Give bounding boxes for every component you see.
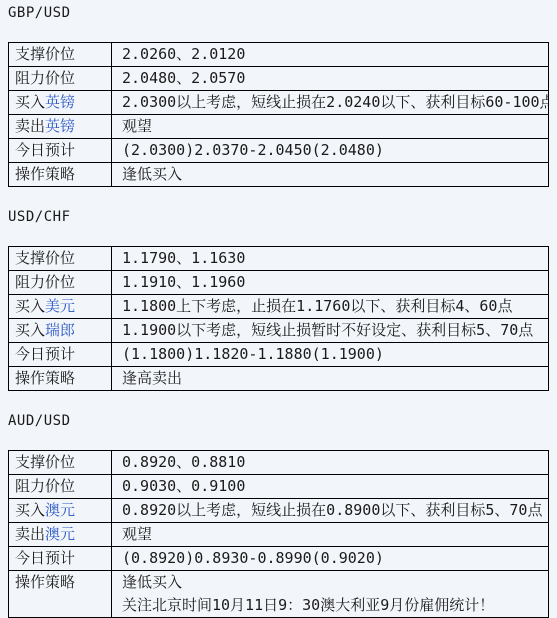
row-value: 0.9030、0.9100	[112, 475, 549, 499]
table-row: 买入澳元0.8920以上考虑，短线止损在0.8900以下、获利目标5、70点	[9, 499, 549, 523]
value-line: 2.0480、2.0570	[122, 67, 548, 90]
value-line: 逢低买入	[122, 571, 548, 594]
row-value: 1.1800上下考虑，止损在1.1760以下、获利目标4、60点	[112, 295, 549, 319]
row-value: 观望	[112, 115, 549, 139]
row-label: 买入英镑	[9, 91, 112, 115]
table-row: 操作策略逢低买入关注北京时间10月11日9：30澳大利亚9月份雇佣统计！	[9, 571, 549, 618]
label-text: 今日预计	[15, 549, 75, 567]
currency-link[interactable]: 英镑	[45, 93, 75, 111]
value-line: 1.1790、1.1630	[122, 247, 548, 270]
label-text: 阻力价位	[15, 273, 75, 291]
action-text: 卖出	[15, 525, 45, 543]
currency-link[interactable]: 澳元	[45, 525, 75, 543]
table-row: 今日预计(2.0300)2.0370-2.0450(2.0480)	[9, 139, 549, 163]
row-label: 买入瑞郎	[9, 319, 112, 343]
pair-title: GBP/USD	[8, 6, 549, 21]
label-text: 操作策略	[15, 165, 75, 183]
pair-title: AUD/USD	[8, 414, 549, 429]
value-line: 2.0260、2.0120	[122, 43, 548, 66]
row-label: 卖出英镑	[9, 115, 112, 139]
row-value: 0.8920以上考虑，短线止损在0.8900以下、获利目标5、70点	[112, 499, 549, 523]
label-text: 操作策略	[15, 573, 75, 591]
table-row: 今日预计(0.8920)0.8930-0.8990(0.9020)	[9, 547, 549, 571]
label-text: 支撑价位	[15, 45, 75, 63]
table-row: 阻力价位2.0480、2.0570	[9, 67, 549, 91]
value-line: 观望	[122, 115, 548, 138]
label-text: 操作策略	[15, 369, 75, 387]
row-value: (2.0300)2.0370-2.0450(2.0480)	[112, 139, 549, 163]
row-value: 逢高卖出	[112, 367, 549, 391]
value-line: 观望	[122, 523, 548, 546]
row-value: 观望	[112, 523, 549, 547]
row-label: 支撑价位	[9, 43, 112, 67]
value-line: 关注北京时间10月11日9：30澳大利亚9月份雇佣统计！	[122, 594, 548, 617]
row-value: (1.1800)1.1820-1.1880(1.1900)	[112, 343, 549, 367]
row-label: 买入澳元	[9, 499, 112, 523]
table-row: 操作策略逢高卖出	[9, 367, 549, 391]
row-label: 买入美元	[9, 295, 112, 319]
row-label: 操作策略	[9, 163, 112, 187]
row-label: 今日预计	[9, 547, 112, 571]
action-text: 卖出	[15, 117, 45, 135]
table-row: 支撑价位1.1790、1.1630	[9, 247, 549, 271]
row-label: 操作策略	[9, 571, 112, 618]
row-value: 1.1790、1.1630	[112, 247, 549, 271]
table-row: 支撑价位0.8920、0.8810	[9, 451, 549, 475]
value-line: 1.1900以下考虑，短线止损暂时不好设定、获利目标5、70点	[122, 319, 548, 342]
forex-strategy-page: { "theme": { "page_bg": "#f2f6fa", "text…	[0, 0, 557, 607]
table-row: 买入瑞郎1.1900以下考虑，短线止损暂时不好设定、获利目标5、70点	[9, 319, 549, 343]
table-row: 买入美元1.1800上下考虑，止损在1.1760以下、获利目标4、60点	[9, 295, 549, 319]
row-label: 阻力价位	[9, 475, 112, 499]
value-line: 逢高卖出	[122, 367, 548, 390]
row-label: 今日预计	[9, 343, 112, 367]
value-line: 1.1910、1.1960	[122, 271, 548, 294]
row-value: 2.0260、2.0120	[112, 43, 549, 67]
row-label: 阻力价位	[9, 67, 112, 91]
label-text: 今日预计	[15, 345, 75, 363]
table-row: 卖出澳元观望	[9, 523, 549, 547]
row-label: 支撑价位	[9, 247, 112, 271]
value-line: (0.8920)0.8930-0.8990(0.9020)	[122, 547, 548, 570]
value-line: 1.1800上下考虑，止损在1.1760以下、获利目标4、60点	[122, 295, 548, 318]
row-value: 0.8920、0.8810	[112, 451, 549, 475]
value-line: (2.0300)2.0370-2.0450(2.0480)	[122, 139, 548, 162]
table-row: 操作策略逢低买入	[9, 163, 549, 187]
row-label: 卖出澳元	[9, 523, 112, 547]
action-text: 买入	[15, 321, 45, 339]
currency-link[interactable]: 瑞郎	[45, 321, 75, 339]
row-label: 今日预计	[9, 139, 112, 163]
strategy-table: 支撑价位1.1790、1.1630阻力价位1.1910、1.1960买入美元1.…	[8, 246, 549, 391]
row-value: 2.0300以上考虑，短线止损在2.0240以下、获利目标60-100点	[112, 91, 549, 115]
strategy-table: 支撑价位2.0260、2.0120阻力价位2.0480、2.0570买入英镑2.…	[8, 42, 549, 187]
currency-pair-section: GBP/USD 支撑价位2.0260、2.0120阻力价位2.0480、2.05…	[8, 6, 549, 187]
currency-link[interactable]: 英镑	[45, 117, 75, 135]
table-row: 卖出英镑观望	[9, 115, 549, 139]
currency-pair-section: AUD/USD 支撑价位0.8920、0.8810阻力价位0.9030、0.91…	[8, 414, 549, 618]
value-line: 0.8920、0.8810	[122, 451, 548, 474]
row-value: 1.1910、1.1960	[112, 271, 549, 295]
table-row: 支撑价位2.0260、2.0120	[9, 43, 549, 67]
action-text: 买入	[15, 501, 45, 519]
value-line: (1.1800)1.1820-1.1880(1.1900)	[122, 343, 548, 366]
value-line: 2.0300以上考虑，短线止损在2.0240以下、获利目标60-100点	[122, 91, 548, 114]
label-text: 今日预计	[15, 141, 75, 159]
report-body: GBP/USD 支撑价位2.0260、2.0120阻力价位2.0480、2.05…	[8, 6, 549, 618]
row-label: 阻力价位	[9, 271, 112, 295]
row-value: (0.8920)0.8930-0.8990(0.9020)	[112, 547, 549, 571]
label-text: 阻力价位	[15, 477, 75, 495]
row-value: 2.0480、2.0570	[112, 67, 549, 91]
row-value: 逢低买入关注北京时间10月11日9：30澳大利亚9月份雇佣统计！	[112, 571, 549, 618]
table-row: 买入英镑2.0300以上考虑，短线止损在2.0240以下、获利目标60-100点	[9, 91, 549, 115]
value-line: 0.9030、0.9100	[122, 475, 548, 498]
row-value: 1.1900以下考虑，短线止损暂时不好设定、获利目标5、70点	[112, 319, 549, 343]
row-label: 支撑价位	[9, 451, 112, 475]
strategy-table: 支撑价位0.8920、0.8810阻力价位0.9030、0.9100买入澳元0.…	[8, 450, 549, 618]
value-line: 0.8920以上考虑，短线止损在0.8900以下、获利目标5、70点	[122, 499, 548, 522]
label-text: 阻力价位	[15, 69, 75, 87]
value-line: 逢低买入	[122, 163, 548, 186]
table-row: 阻力价位1.1910、1.1960	[9, 271, 549, 295]
row-label: 操作策略	[9, 367, 112, 391]
currency-link[interactable]: 澳元	[45, 501, 75, 519]
label-text: 支撑价位	[15, 453, 75, 471]
table-row: 今日预计(1.1800)1.1820-1.1880(1.1900)	[9, 343, 549, 367]
action-text: 买入	[15, 93, 45, 111]
label-text: 支撑价位	[15, 249, 75, 267]
action-text: 买入	[15, 297, 45, 315]
table-row: 阻力价位0.9030、0.9100	[9, 475, 549, 499]
currency-pair-section: USD/CHF 支撑价位1.1790、1.1630阻力价位1.1910、1.19…	[8, 210, 549, 391]
currency-link[interactable]: 美元	[45, 297, 75, 315]
pair-title: USD/CHF	[8, 210, 549, 225]
row-value: 逢低买入	[112, 163, 549, 187]
